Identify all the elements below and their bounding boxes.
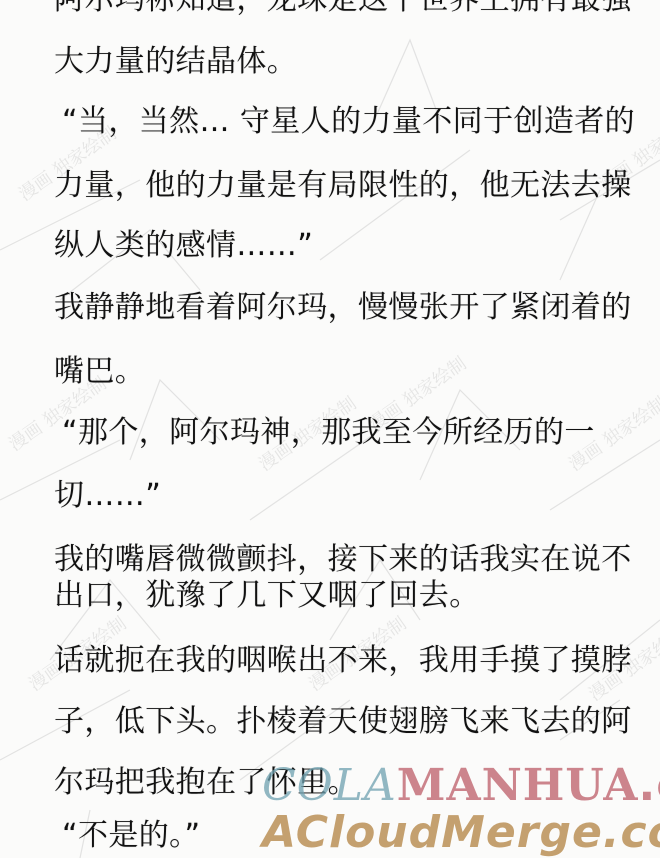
text-line: 力量，他的力量是有局限性的，他无法去操 — [54, 168, 632, 204]
colamanhua-watermark: COLAMANHUA.com — [262, 762, 660, 810]
text-line: 大力量的结晶体。 — [54, 44, 297, 80]
text-line: “那个，阿尔玛神，那我至今所经历的一 — [62, 415, 595, 451]
text-line: “当，当然… 守星人的力量不同于创造者的 — [62, 104, 635, 140]
manga-text-page: 漫画 独家绘制 漫画 独家绘制 漫画 独家绘制 漫画 独家绘制 漫画 独家绘制 … — [0, 0, 660, 858]
text-line: 我的嘴唇微微颤抖，接下来的话我实在说不 — [54, 542, 632, 578]
text-line: 纵人类的感情……” — [54, 228, 313, 264]
text-line: 切……” — [54, 478, 161, 514]
text-line: 话就扼在我的咽喉出不来，我用手摸了摸脖 — [54, 643, 632, 679]
text-line: “不是的。” — [62, 818, 200, 854]
text-line: 子，低下头。扑棱着天使翅膀飞来飞去的阿 — [54, 704, 632, 740]
text-line: 出口，犹豫了几下又咽了回去。 — [54, 578, 480, 614]
acloudmerge-watermark: ACloudMerge.com — [262, 808, 660, 858]
text-line: 我静静地看着阿尔玛，慢慢张开了紧闭着的 — [54, 290, 632, 326]
watermark-suffix: .com — [639, 760, 660, 811]
watermark-prefix: COLA — [262, 760, 397, 811]
text-line-clipped: 阿尔玛祢知道，龙珠是这个世界上拥有最强 — [54, 0, 632, 18]
text-line: 嘴巴。 — [54, 354, 145, 390]
watermark-name: MANHUA — [397, 760, 639, 811]
